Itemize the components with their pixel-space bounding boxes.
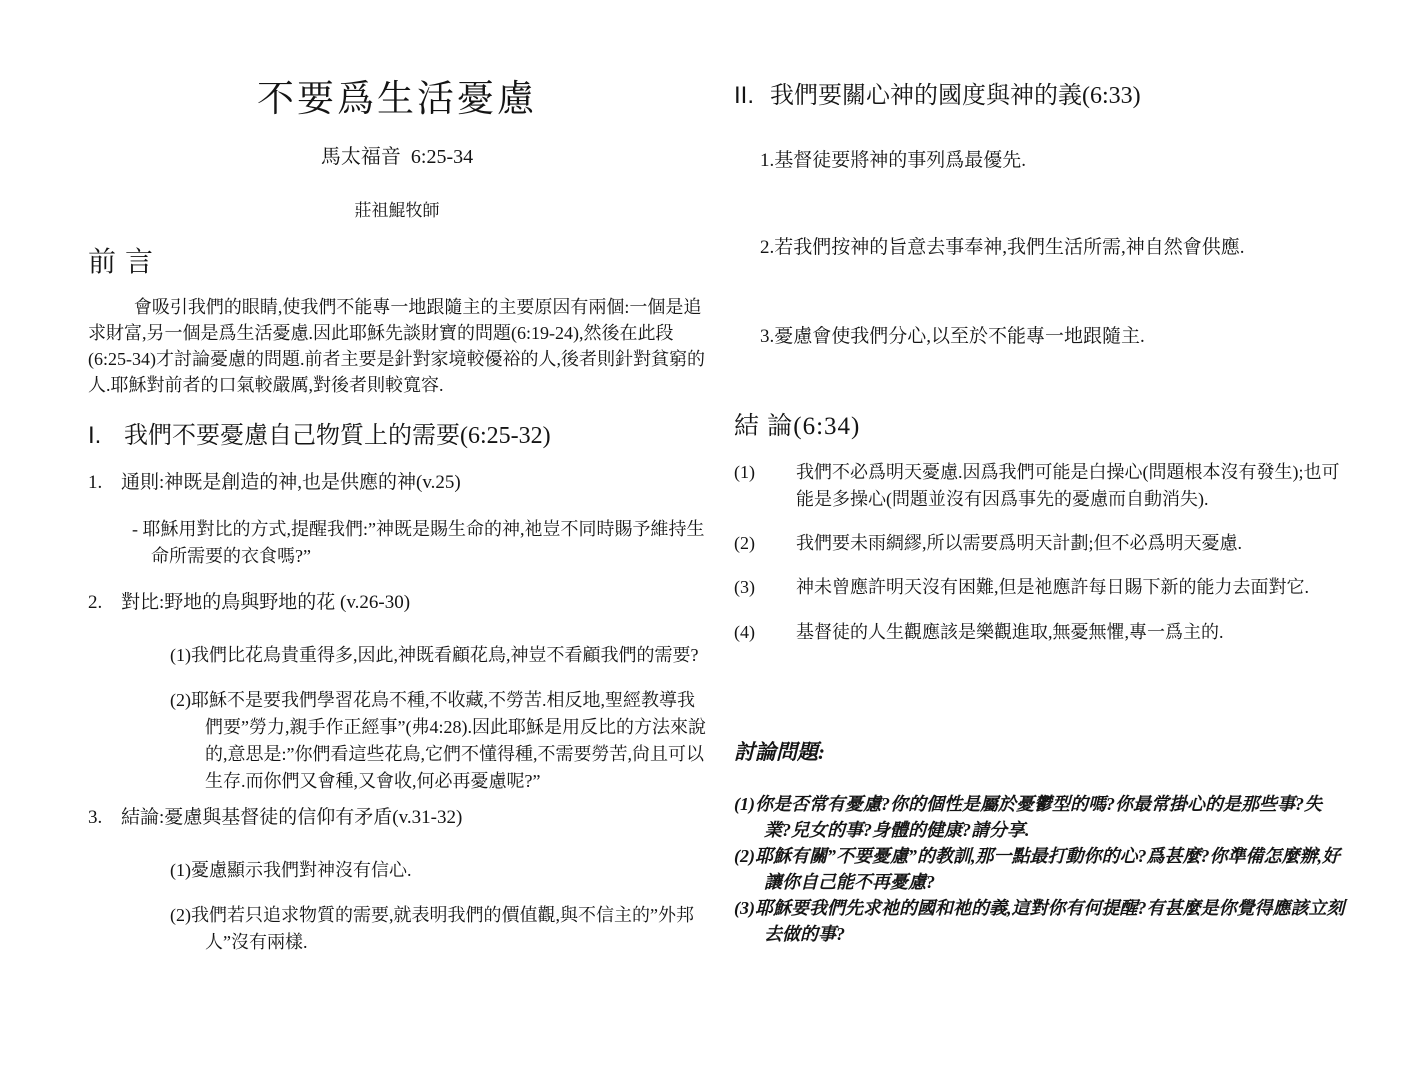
point-text: 對比:野地的鳥與野地的花 (v.26-30) [121,590,410,616]
point-1-note: - 耶穌用對比的方式,提醒我們:”神既是賜生命的神,祂豈不同時賜予維持生命所需要… [132,516,706,570]
section-2-number: II. [734,80,770,112]
point-text: 結論:憂慮與基督徒的信仰有矛盾(v.31-32) [121,805,462,831]
sermon-outline-page: 不要爲生活憂慮 馬太福音 6:25-34 莊祖鯤牧師 前 言 會吸引我們的眼睛,… [0,0,1408,1088]
dash-marker: - [132,519,138,539]
conclusion-item-number: (4) [734,619,796,646]
point-2-sub-2: (2)耶穌不是要我們學習花鳥不種,不收藏,不勞苦.相反地,聖經教導我們要”勞力,… [170,687,706,795]
doc-title: 不要爲生活憂慮 [88,78,706,122]
conclusion-item-text: 我們要未雨綢繆,所以需要爲明天計劃;但不必爲明天憂慮. [796,530,1242,557]
discussion-question-1: (1)你是否常有憂慮?你的個性是屬於憂鬱型的嗎?你最常掛心的是那些事?失業?兒女… [734,791,1348,843]
conclusion-item-number: (1) [734,459,796,513]
section-2-title: 我們要關心神的國度與神的義(6:33) [770,80,1141,112]
conclusion-item-1: (1) 我們不必爲明天憂慮.因爲我們可能是白操心(問題根本沒有發生);也可能是多… [734,459,1348,513]
conclusion-item-text: 我們不必爲明天憂慮.因爲我們可能是白操心(問題根本沒有發生);也可能是多操心(問… [796,459,1348,513]
conclusion-item-text: 基督徒的人生觀應該是樂觀進取,無憂無懼,專一爲主的. [796,619,1224,646]
point-number: 3. [88,805,121,831]
author-name: 莊祖鯤牧師 [88,200,706,222]
point-number: 2. [88,590,121,616]
point-2-sub-1: (1)我們比花鳥貴重得多,因此,神既看顧花鳥,神豈不看顧我們的需要? [170,642,706,669]
outline-point-3: 3. 結論:憂慮與基督徒的信仰有矛盾(v.31-32) [88,805,706,831]
section-1-title: 我們不要憂慮自己物質上的需要(6:25-32) [124,420,551,452]
conclusion-item-number: (2) [734,530,796,557]
outline-point-1: 1. 通則:神既是創造的神,也是供應的神(v.25) [88,470,706,496]
discussion-heading: 討論問題: [734,738,1348,766]
preface-heading: 前 言 [88,246,706,280]
scripture-reference: 馬太福音 6:25-34 [88,144,706,170]
conclusion-item-2: (2) 我們要未雨綢繆,所以需要爲明天計劃;但不必爲明天憂慮. [734,530,1348,557]
right-column: II. 我們要關心神的國度與神的義(6:33) 1.基督徒要將神的事列爲最優先.… [734,80,1348,947]
point-number: 1. [88,470,121,496]
conclusion-item-text: 神未曾應許明天沒有困難,但是祂應許每日賜下新的能力去面對它. [796,574,1309,601]
discussion-question-3: (3)耶穌要我們先求祂的國和祂的義,這對你有何提醒?有甚麼是你覺得應該立刻去做的… [734,895,1348,947]
point-3-sub-2: (2)我們若只追求物質的需要,就表明我們的價值觀,與不信主的”外邦人”沒有兩樣. [170,902,706,956]
outline-point-2: 2. 對比:野地的鳥與野地的花 (v.26-30) [88,590,706,616]
conclusion-item-3: (3) 神未曾應許明天沒有困難,但是祂應許每日賜下新的能力去面對它. [734,574,1348,601]
section-1-heading: I. 我們不要憂慮自己物質上的需要(6:25-32) [88,420,706,452]
preface-paragraph: 會吸引我們的眼睛,使我們不能專一地跟隨主的主要原因有兩個:一個是追求財富,另一個… [88,294,706,398]
discussion-question-2: (2)耶穌有關”不要憂慮”的教訓,那一點最打動你的心?爲甚麼?你準備怎麼辦,好讓… [734,843,1348,895]
point-3-sub-1: (1)憂慮顯示我們對神沒有信心. [170,857,706,884]
section-1-number: I. [88,420,124,452]
left-column: 不要爲生活憂慮 馬太福音 6:25-34 莊祖鯤牧師 前 言 會吸引我們的眼睛,… [88,78,706,956]
point-1-note-text: 耶穌用對比的方式,提醒我們:”神既是賜生命的神,祂豈不同時賜予維持生命所需要的衣… [143,519,705,566]
section-2-heading: II. 我們要關心神的國度與神的義(6:33) [734,80,1348,112]
conclusion-item-4: (4) 基督徒的人生觀應該是樂觀進取,無憂無懼,專一爲主的. [734,619,1348,646]
conclusion-heading: 結 論(6:34) [734,411,1348,443]
point-text: 通則:神既是創造的神,也是供應的神(v.25) [121,470,461,496]
discussion-questions: (1)你是否常有憂慮?你的個性是屬於憂鬱型的嗎?你最常掛心的是那些事?失業?兒女… [734,791,1348,947]
conclusion-item-number: (3) [734,574,796,601]
section-2-item-2: 2.若我們按神的旨意去事奉神,我們生活所需,神自然會供應. [760,235,1348,260]
section-2-item-1: 1.基督徒要將神的事列爲最優先. [760,148,1348,173]
section-2-item-3: 3.憂慮會使我們分心,以至於不能專一地跟隨主. [760,324,1348,349]
